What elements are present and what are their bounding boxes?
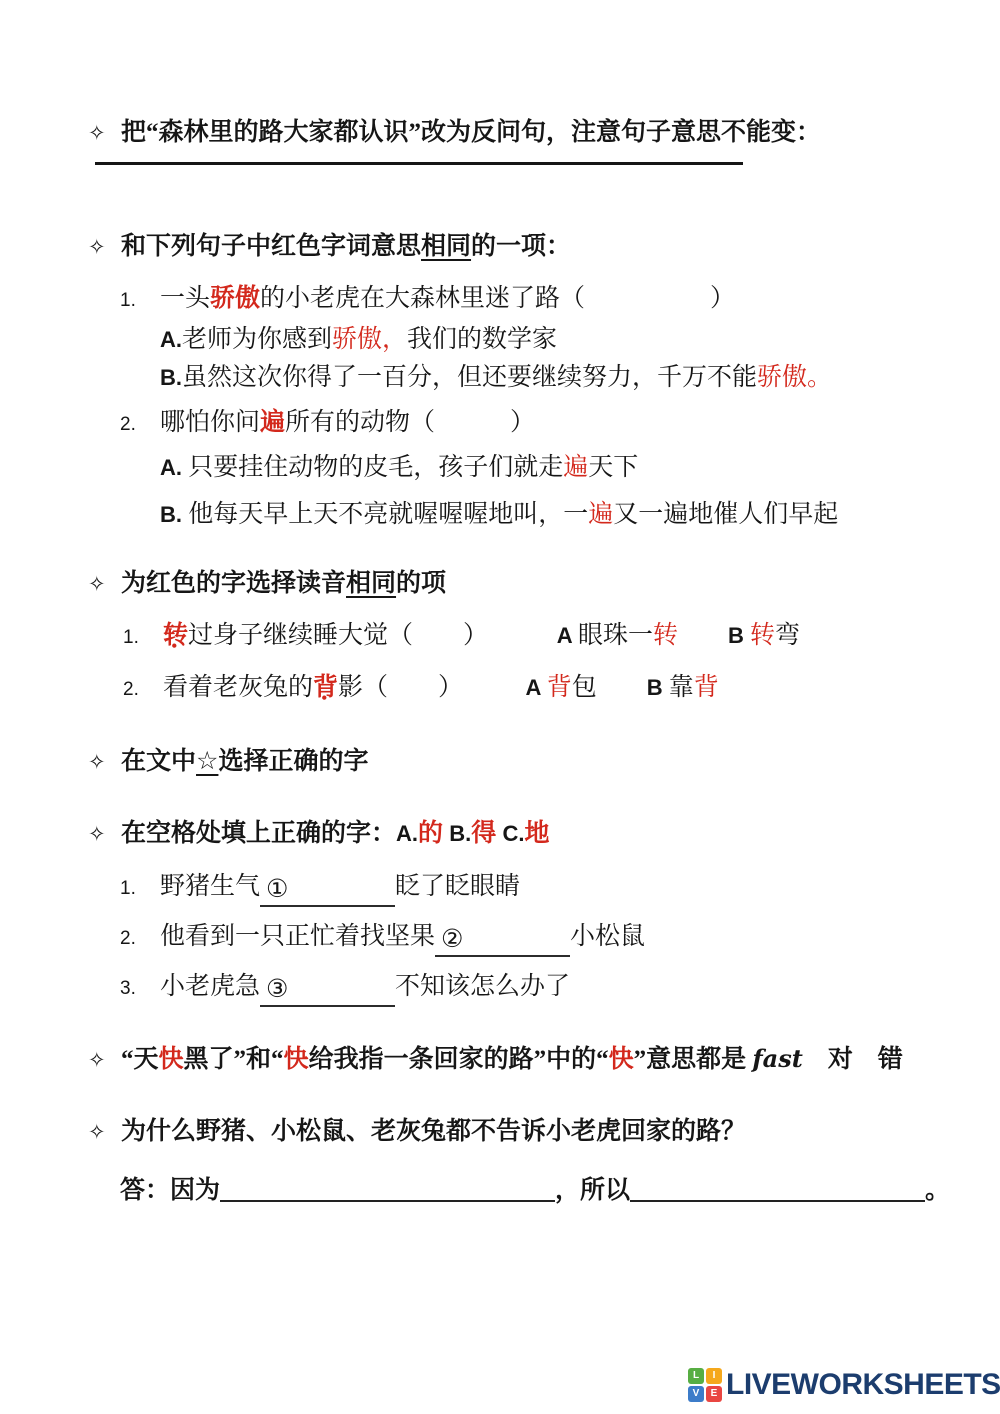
liveworksheets-grid-icon: L I V E xyxy=(688,1368,722,1402)
text-segment: 看着老灰兔的 xyxy=(163,674,313,701)
text-segment: 弯 xyxy=(775,622,800,649)
text-segment: A xyxy=(526,675,547,700)
text-segment: 转 xyxy=(750,622,775,649)
text-segment: 快 xyxy=(284,1046,309,1073)
text-segment: 他每天早上天不亮就喔喔喔地叫，一 xyxy=(182,501,588,528)
text-segment: fast xyxy=(752,1044,802,1073)
text-segment: 不知该怎么办了 xyxy=(395,973,570,1000)
diamond-bullet-icon: ✧ xyxy=(88,116,121,150)
worksheet-page: ✧把“森林里的路大家都认识”改为反问句，注意句子意思不能变： ✧和下列句子中红色… xyxy=(0,0,1000,1414)
text-segment: 影（ ） xyxy=(338,674,526,701)
text-segment: 又一遍地催人们早起 xyxy=(613,501,838,528)
answer-blank-2[interactable] xyxy=(630,1200,925,1202)
option-b-text: B. 他每天早上天不亮就喔喔喔地叫，一遍又一遍地催人们早起 xyxy=(160,501,838,528)
text-segment: 小松鼠 xyxy=(570,923,645,950)
text-segment: 快 xyxy=(609,1046,634,1073)
text-segment: 骄傲。 xyxy=(757,364,832,391)
circled-number-3: ③ xyxy=(266,974,288,1003)
text-segment: 地 xyxy=(525,820,550,847)
text-segment: 选择正确的字 xyxy=(218,748,368,775)
section-star-choice-text: 在文中☆选择正确的字 xyxy=(121,748,368,775)
section-rewrite-title: ✧把“森林里的路大家都认识”改为反问句，注意句子意思不能变： xyxy=(63,82,821,184)
text-segment: 背 xyxy=(694,674,719,701)
logo-cell-l: L xyxy=(688,1368,704,1384)
rewrite-answer-line[interactable] xyxy=(95,162,743,165)
text-segment: ，所以 xyxy=(555,1177,630,1204)
item-number: 2. xyxy=(123,673,163,707)
text-segment: ”意思都是 xyxy=(634,1046,753,1073)
liveworksheets-logo-link[interactable]: L I V E LIVEWORKSHEETS xyxy=(688,1368,1000,1402)
fill-blank-3[interactable]: ③ xyxy=(260,974,395,1007)
answer-end-text: 。 xyxy=(925,1177,950,1204)
logo-cell-i: I xyxy=(706,1368,722,1384)
answer-blank-1[interactable] xyxy=(220,1200,555,1202)
text-segment: 遍 xyxy=(588,501,613,528)
text-segment: B. xyxy=(160,502,182,527)
liveworksheets-wordmark: LIVEWORKSHEETS xyxy=(726,1368,1000,1402)
answer-mid-text: ，所以 xyxy=(555,1177,630,1204)
text-segment: “天 xyxy=(121,1046,159,1073)
answer-lead-text: 答：因为 xyxy=(120,1177,220,1204)
text-segment: 背 xyxy=(547,674,572,701)
section-fast-tf-text: “天快黑了”和“快给我指一条回家的路”中的“快”意思都是 fast 对 错 xyxy=(121,1046,903,1073)
text-segment xyxy=(597,674,647,701)
logo-cell-v: V xyxy=(688,1386,704,1402)
text-segment: 快 xyxy=(159,1046,184,1073)
text-segment: B xyxy=(728,623,750,648)
item-number: 3. xyxy=(120,972,160,1006)
text-segment: 背 xyxy=(313,674,338,701)
text-segment: 在文中 xyxy=(121,748,196,775)
fill-item-3-post: 不知该怎么办了 xyxy=(395,973,570,1000)
text-segment: 小老虎急 xyxy=(160,973,260,1000)
text-segment: 。 xyxy=(925,1177,950,1204)
diamond-bullet-icon: ✧ xyxy=(88,1043,121,1077)
fill-item-2-post: 小松鼠 xyxy=(570,923,645,950)
fill-item-3-pre: 小老虎急 xyxy=(160,973,260,1000)
text-segment: ☆ xyxy=(196,746,218,775)
section-rewrite-text: 把“森林里的路大家都认识”改为反问句，注意句子意思不能变： xyxy=(121,119,821,146)
text-segment: 对 错 xyxy=(803,1046,903,1073)
text-segment: 黑了”和“ xyxy=(184,1046,284,1073)
why-answer-line: 答：因为，所以。 xyxy=(95,1140,950,1242)
text-segment: 答：因为 xyxy=(120,1177,220,1204)
text-segment: 靠 xyxy=(669,674,694,701)
logo-cell-e: E xyxy=(706,1386,722,1402)
text-segment: 给我指一条回家的路”中的“ xyxy=(309,1046,609,1073)
text-segment: 把“森林里的路大家都认识”改为反问句，注意句子意思不能变： xyxy=(121,119,821,146)
text-segment: 包 xyxy=(572,674,597,701)
text-segment: B xyxy=(647,675,669,700)
sound-item-2-text: 看着老灰兔的背影（ ） A 背包 B 靠背 xyxy=(163,674,719,701)
diamond-bullet-icon: ✧ xyxy=(88,745,121,779)
